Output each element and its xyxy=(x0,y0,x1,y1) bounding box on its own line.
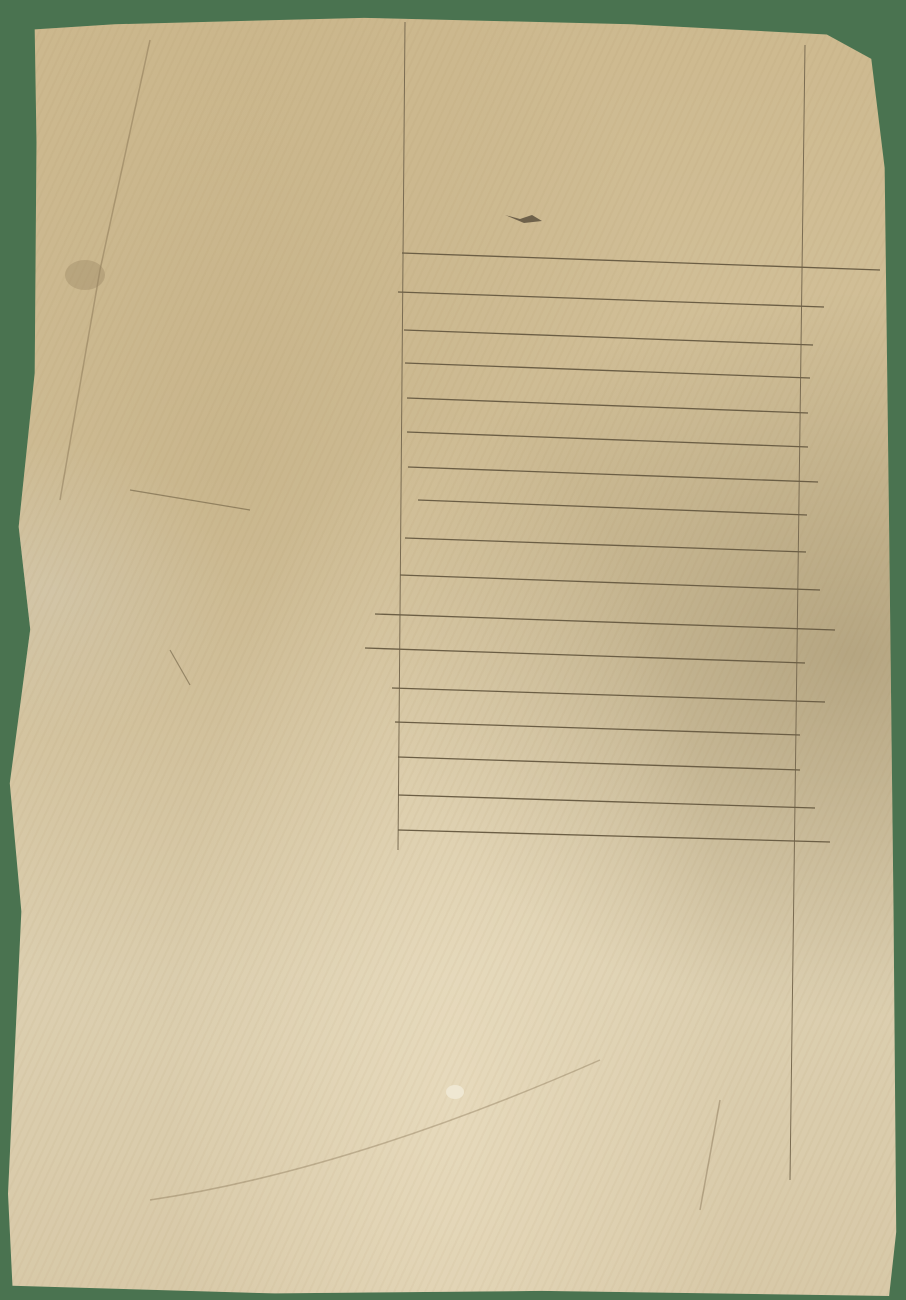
right-margin-rule xyxy=(790,45,805,1180)
horizontal-rules xyxy=(365,253,880,842)
left-margin-rule xyxy=(398,22,405,850)
ruled-lines xyxy=(0,0,906,1300)
